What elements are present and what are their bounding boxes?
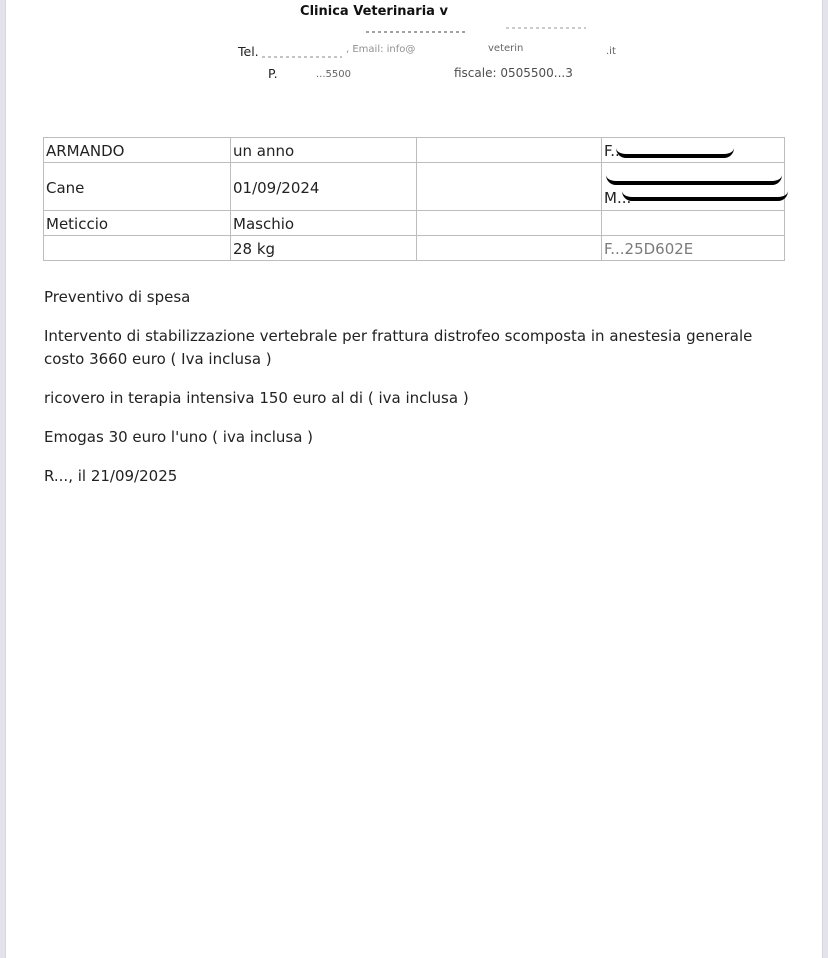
place-and-date: R..., il 21/09/2025 [44,465,784,488]
patient-info-table: ARMANDO un anno F... Cane 01/09/2024 M..… [43,137,785,261]
redacted-address-2 [506,27,586,29]
owner-redacted: F... [602,138,785,163]
patient-birthdate: 01/09/2024 [231,163,417,211]
viewer-right-edge [822,0,828,958]
table-row: Cane 01/09/2024 M... [44,163,785,211]
redaction-scribble [616,144,734,158]
patient-name: ARMANDO [44,138,231,163]
owner-address-redacted: M... [602,163,785,211]
redacted-phone [262,56,342,58]
patient-sex: Maschio [231,211,417,236]
redaction-scribble [622,181,788,201]
piva-fragment: ...5500 [316,69,351,80]
quote-item-surgery: Intervento di stabilizzazione vertebrale… [44,325,784,371]
clinic-name: Clinica Veterinaria v [6,4,742,19]
piva-label: P. [268,66,278,81]
owner-fiscal-code-redacted: F...25D602E [602,236,785,261]
empty-cell [417,211,602,236]
contact-line: Tel. [238,44,259,59]
empty-cell [417,163,602,211]
quote-item-bloodgas: Emogas 30 euro l'uno ( iva inclusa ) [44,426,784,449]
patient-breed: Meticcio [44,211,231,236]
redacted-address [366,31,466,33]
table-row: ARMANDO un anno F... [44,138,785,163]
cf-fragment: fiscale: 0505500...3 [454,66,573,80]
table-row: 28 kg F...25D602E [44,236,785,261]
site-fragment: veterin [488,43,523,54]
empty-cell [44,236,231,261]
patient-age: un anno [231,138,417,163]
empty-cell [417,138,602,163]
quote-item-hospitalization: ricovero in terapia intensiva 150 euro a… [44,387,784,410]
email-fragment: , Email: info@ [346,44,415,55]
table-row: Meticcio Maschio [44,211,785,236]
site-suffix: .it [606,46,616,57]
document-page: Clinica Veterinaria v Tel. , Email: info… [6,0,822,958]
owner-phone-redacted [602,211,785,236]
empty-cell [417,236,602,261]
quote-heading: Preventivo di spesa [44,286,784,309]
patient-species: Cane [44,163,231,211]
patient-weight: 28 kg [231,236,417,261]
